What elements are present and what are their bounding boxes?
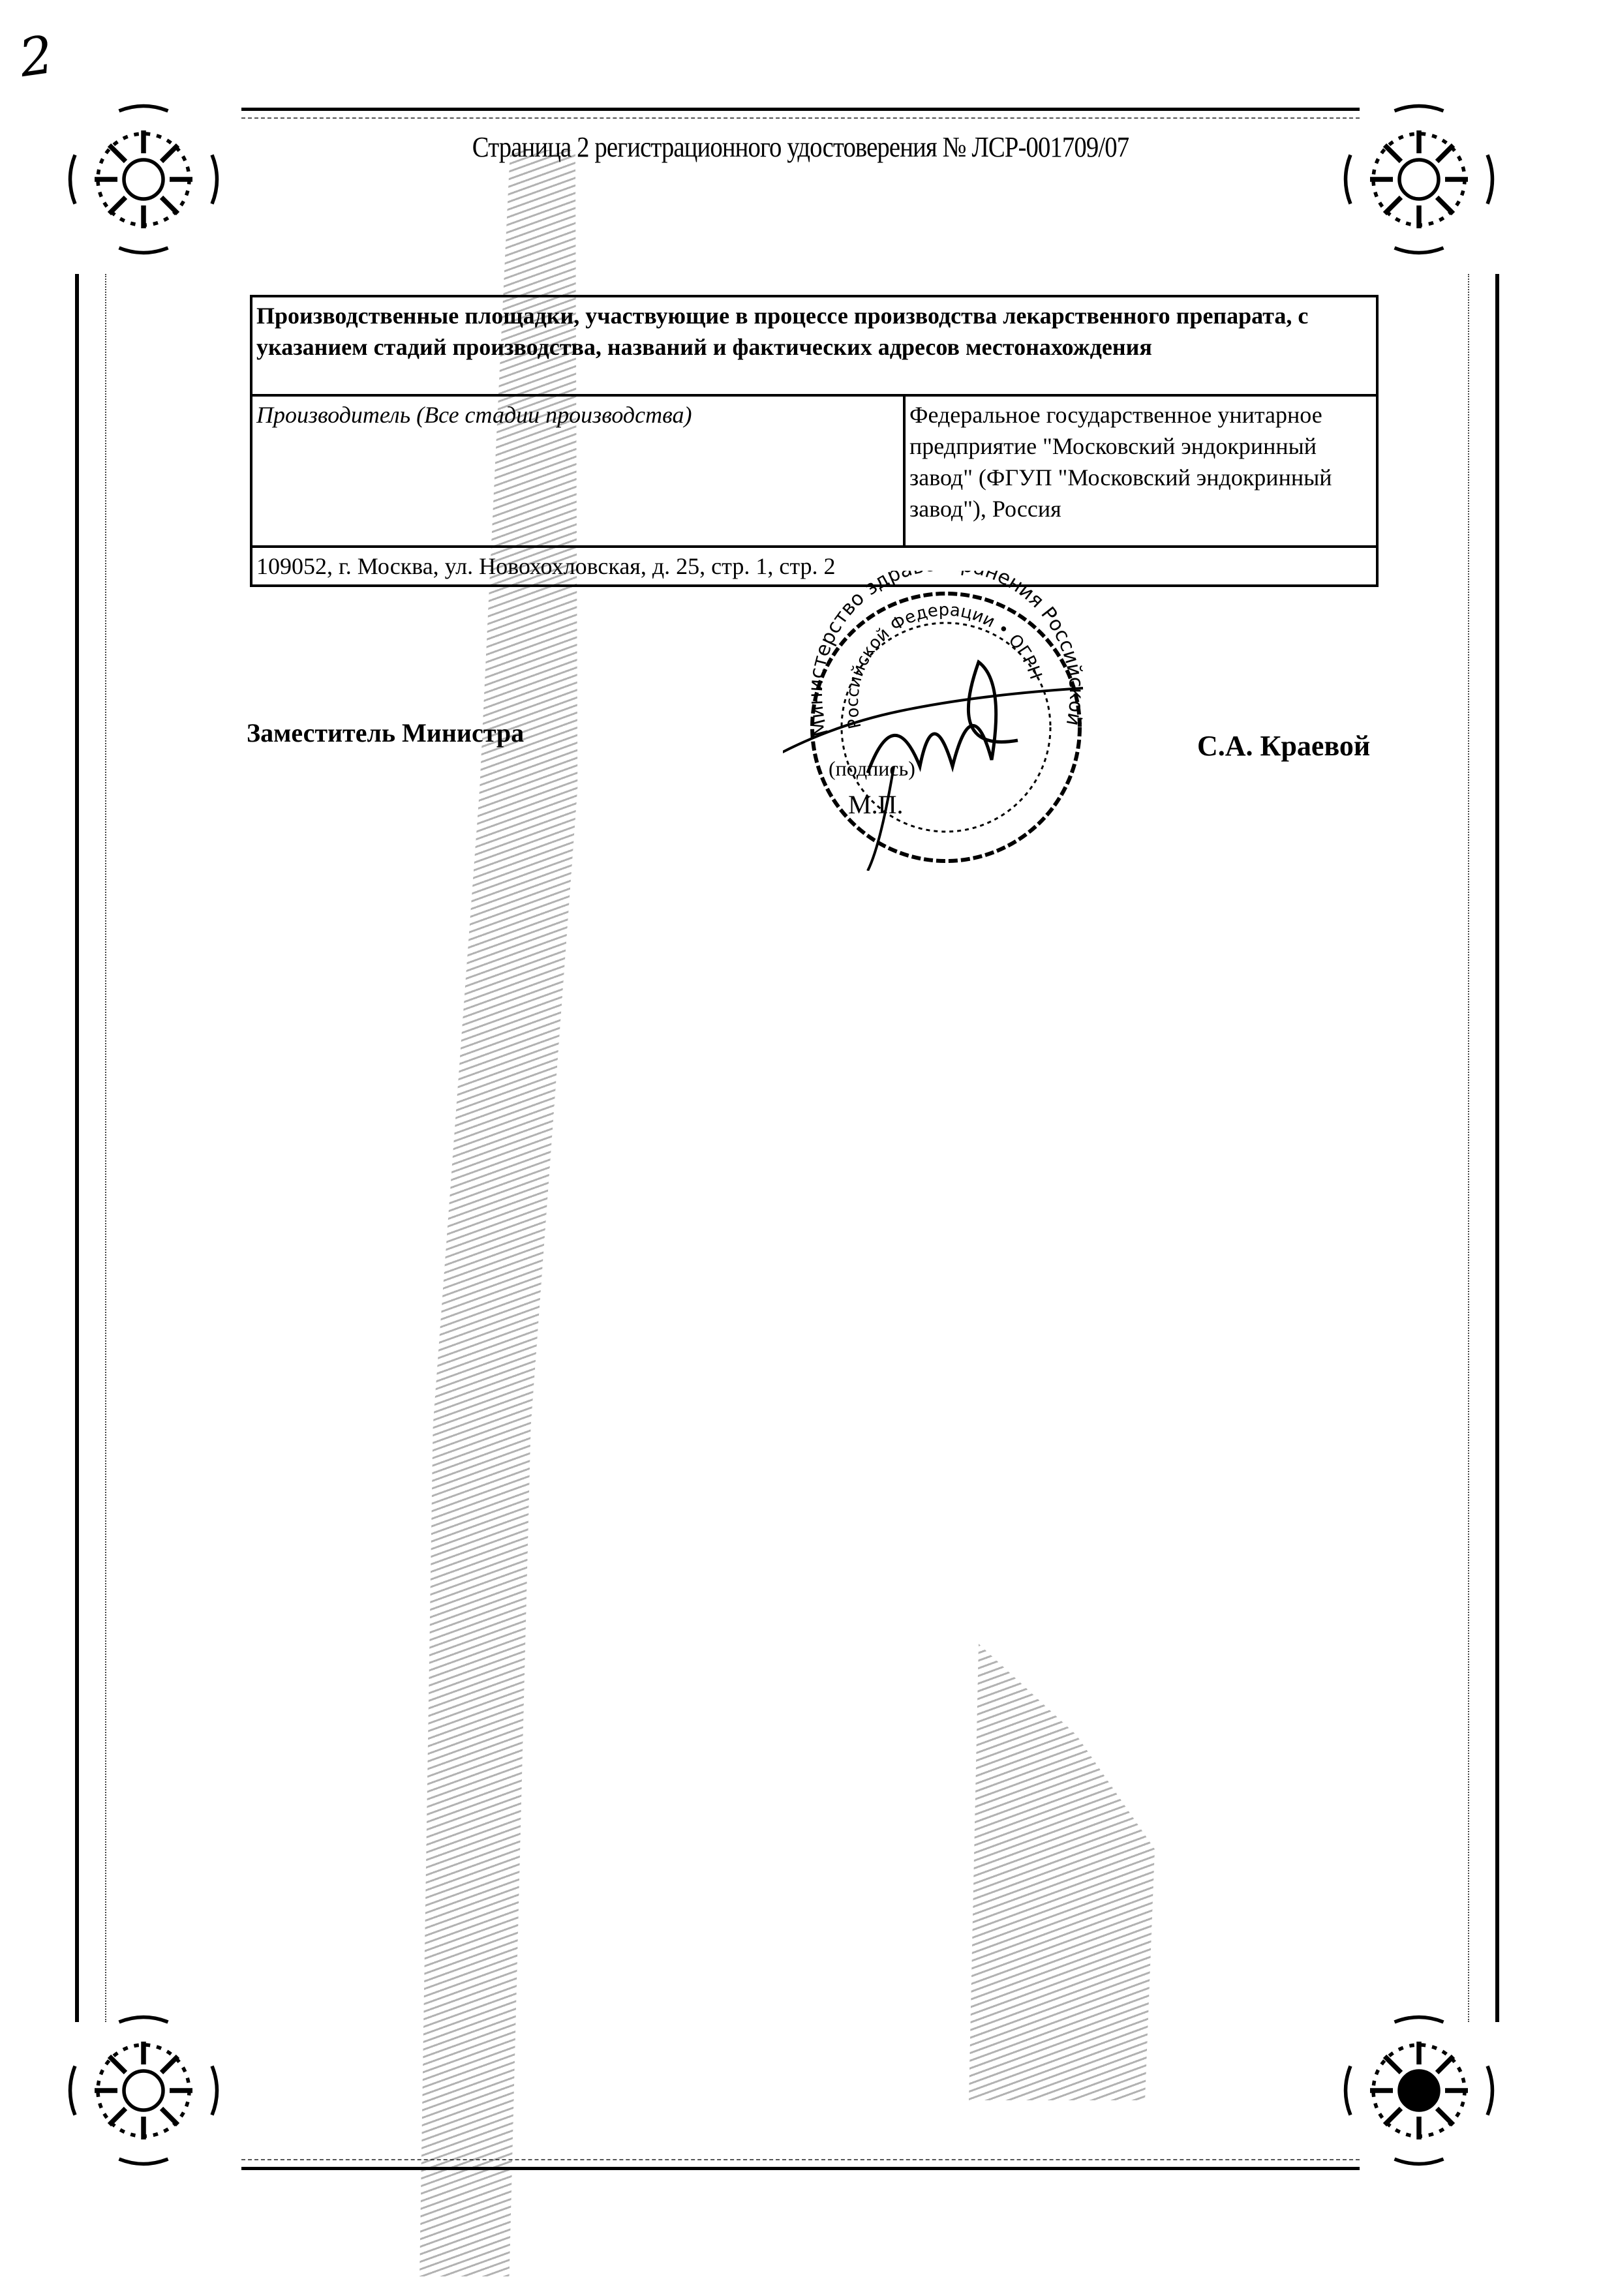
frame-border-left <box>75 274 106 2022</box>
stamp-inner-text: Российской Федерации • ОГРН <box>843 600 1045 731</box>
signatory-title: Заместитель Министра <box>247 717 524 748</box>
manufacturer-organization: Федеральное государственное унитарное пр… <box>904 395 1377 547</box>
page-title: Страница 2 регистрационного удостоверени… <box>96 130 1505 164</box>
production-sites-table: Производственные площадки, участвующие в… <box>250 295 1379 587</box>
manufacturer-role: Производитель (Все стадии производства) <box>251 395 904 547</box>
handwritten-page-number: 2 <box>16 24 57 89</box>
seal-caption: М.П. <box>848 789 903 820</box>
signatory-name: С.А. Краевой <box>1197 729 1370 763</box>
stamp-outer-text: Министерство здравоохранения Российской … <box>783 571 1088 738</box>
frame-border-top <box>241 108 1360 119</box>
signature-caption: (подпись) <box>829 757 915 781</box>
scan-halftone-band <box>959 1644 1155 2100</box>
table-heading: Производственные площадки, участвующие в… <box>251 296 1377 395</box>
rosette-ornament-icon <box>62 98 225 261</box>
frame-border-right <box>1468 274 1499 2022</box>
rosette-ornament-icon <box>62 2009 225 2172</box>
rosette-ornament-icon <box>1337 98 1501 261</box>
svg-text:Российской Федерации • ОГРН: Российской Федерации • ОГРН <box>843 600 1045 731</box>
rosette-ornament-icon <box>1337 2009 1501 2172</box>
svg-text:Министерство здравоохранения Р: Министерство здравоохранения Российской … <box>783 571 1088 738</box>
table-row: Производитель (Все стадии производства) … <box>251 395 1377 547</box>
official-seal-stamp: Министерство здравоохранения Российской … <box>783 571 1109 871</box>
frame-border-bottom <box>241 2159 1360 2170</box>
